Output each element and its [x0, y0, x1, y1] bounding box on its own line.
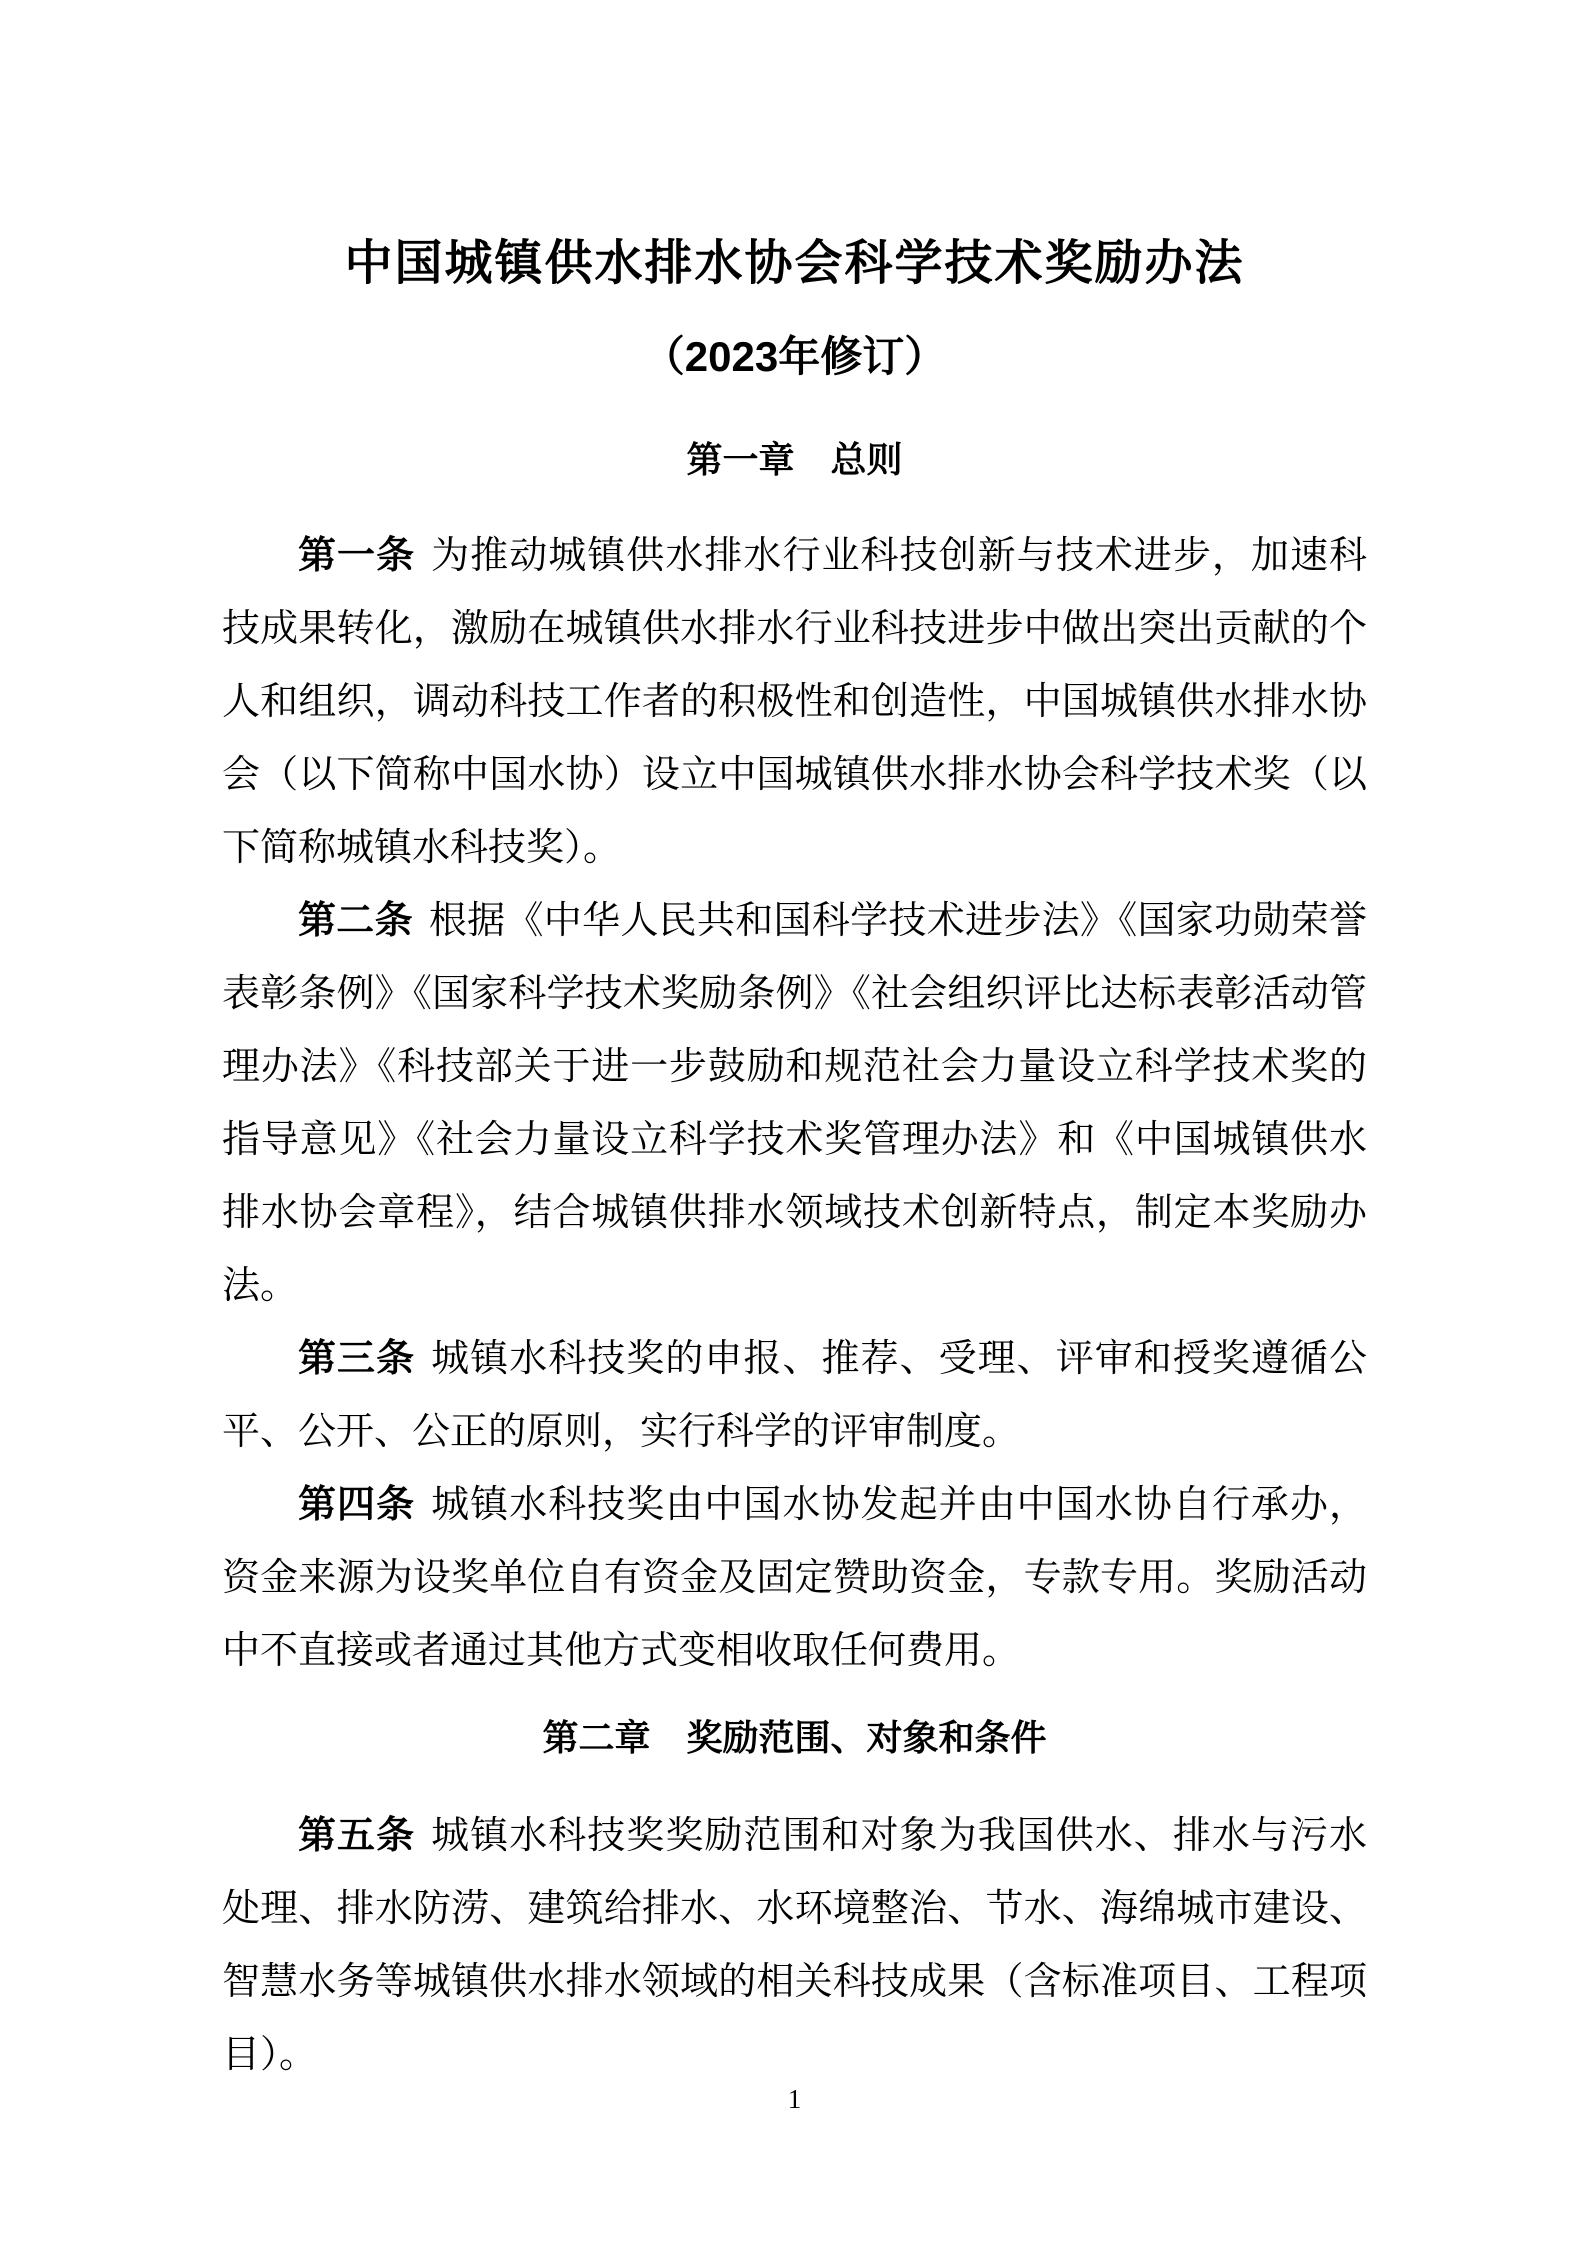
document-title: 中国城镇供水排水协会科学技术奖励办法 [222, 236, 1367, 292]
article-2-label: 第二条 [298, 900, 413, 942]
article-4: 第四条城镇水科技奖由中国水协发起并由中国水协自行承办，资金来源为设奖单位自有资金… [222, 1469, 1367, 1688]
document-subtitle: （2023年修订） [222, 332, 1367, 382]
article-1-label: 第一条 [298, 535, 415, 577]
chapter-1-heading: 第一章 总则 [222, 438, 1367, 482]
article-5: 第五条城镇水科技奖奖励范围和对象为我国供水、排水与污水处理、排水防涝、建筑给排水… [222, 1800, 1367, 2092]
article-2: 第二条根据《中华人民共和国科学技术进步法》《国家功勋荣誉表彰条例》《国家科学技术… [222, 885, 1367, 1323]
article-4-label: 第四条 [298, 1484, 415, 1526]
chapter-2-heading: 第二章 奖励范围、对象和条件 [222, 1716, 1367, 1760]
article-3-label: 第三条 [298, 1338, 415, 1380]
document-content: 中国城镇供水排水协会科学技术奖励办法 （2023年修订） 第一章 总则 第一条为… [0, 0, 1589, 2092]
article-1-text: 为推动城镇供水排水行业科技创新与技术进步，加速科技成果转化，激励在城镇供水排水行… [222, 535, 1367, 869]
page-number: 1 [0, 2085, 1589, 2113]
article-5-label: 第五条 [298, 1815, 415, 1857]
article-1: 第一条为推动城镇供水排水行业科技创新与技术进步，加速科技成果转化，激励在城镇供水… [222, 520, 1367, 885]
document-page: 中国城镇供水排水协会科学技术奖励办法 （2023年修订） 第一章 总则 第一条为… [0, 0, 1589, 2245]
article-2-text: 根据《中华人民共和国科学技术进步法》《国家功勋荣誉表彰条例》《国家科学技术奖励条… [222, 900, 1367, 1307]
article-3: 第三条城镇水科技奖的申报、推荐、受理、评审和授奖遵循公平、公开、公正的原则，实行… [222, 1323, 1367, 1469]
